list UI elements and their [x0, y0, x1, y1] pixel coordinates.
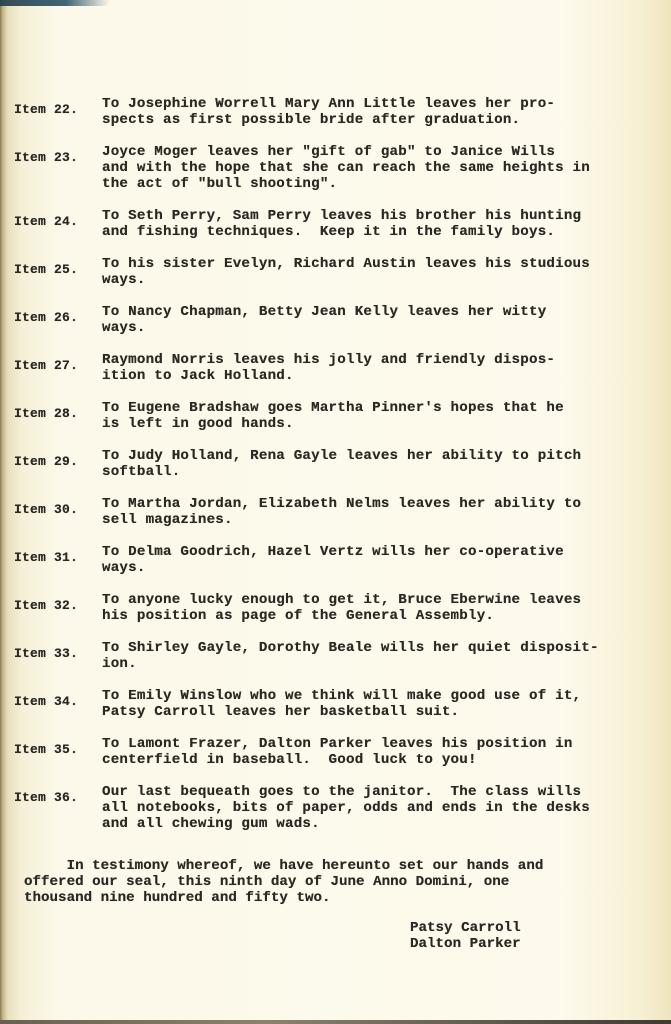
text-line: ways.: [102, 272, 652, 288]
text-line: and fishing techniques. Keep it in the f…: [102, 224, 652, 240]
item-text: To Nancy Chapman, Betty Jean Kelly leave…: [102, 304, 652, 336]
bequest-item: Item 34.To Emily Winslow who we think wi…: [0, 688, 671, 720]
item-text: Our last bequeath goes to the janitor. T…: [102, 784, 652, 832]
bequest-item: Item 36.Our last bequeath goes to the ja…: [0, 784, 671, 832]
item-text: Raymond Norris leaves his jolly and frie…: [102, 352, 652, 384]
text-line: Raymond Norris leaves his jolly and frie…: [102, 352, 652, 368]
text-line: To Lamont Frazer, Dalton Parker leaves h…: [102, 736, 652, 752]
item-number-label: Item 22.: [14, 102, 78, 118]
item-text: To Emily Winslow who we think will make …: [102, 688, 652, 720]
item-text: To his sister Evelyn, Richard Austin lea…: [102, 256, 652, 288]
closing-line: thousand nine hundred and fifty two.: [24, 890, 543, 906]
text-line: is left in good hands.: [102, 416, 652, 432]
item-text: To Seth Perry, Sam Perry leaves his brot…: [102, 208, 652, 240]
text-line: Patsy Carroll leaves her basketball suit…: [102, 704, 652, 720]
text-line: To Eugene Bradshaw goes Martha Pinner's …: [102, 400, 652, 416]
text-line: his position as page of the General Asse…: [102, 608, 652, 624]
item-text: To Martha Jordan, Elizabeth Nelms leaves…: [102, 496, 652, 528]
closing-line: In testimony whereof, we have hereunto s…: [24, 858, 543, 874]
item-text: To Delma Goodrich, Hazel Vertz wills her…: [102, 544, 652, 576]
item-number-label: Item 25.: [14, 262, 78, 278]
item-number-label: Item 30.: [14, 502, 78, 518]
text-line: Joyce Moger leaves her "gift of gab" to …: [102, 144, 652, 160]
bequest-item: Item 24.To Seth Perry, Sam Perry leaves …: [0, 208, 671, 240]
bequest-item: Item 23.Joyce Moger leaves her "gift of …: [0, 144, 671, 192]
text-line: To Delma Goodrich, Hazel Vertz wills her…: [102, 544, 652, 560]
item-number-label: Item 28.: [14, 406, 78, 422]
item-text: To Lamont Frazer, Dalton Parker leaves h…: [102, 736, 652, 768]
item-text: To Judy Holland, Rena Gayle leaves her a…: [102, 448, 652, 480]
item-number-label: Item 23.: [14, 150, 78, 166]
bequest-item: Item 31.To Delma Goodrich, Hazel Vertz w…: [0, 544, 671, 576]
text-line: To Josephine Worrell Mary Ann Little lea…: [102, 96, 652, 112]
text-line: To Emily Winslow who we think will make …: [102, 688, 652, 704]
text-line: softball.: [102, 464, 652, 480]
item-number-label: Item 33.: [14, 646, 78, 662]
signature-name: Dalton Parker: [410, 936, 521, 952]
text-line: ways.: [102, 320, 652, 336]
signature-block: Patsy Carroll Dalton Parker: [410, 920, 521, 952]
item-number-label: Item 36.: [14, 790, 78, 806]
text-line: all notebooks, bits of paper, odds and e…: [102, 800, 652, 816]
item-text: To Shirley Gayle, Dorothy Beale wills he…: [102, 640, 652, 672]
text-line: To his sister Evelyn, Richard Austin lea…: [102, 256, 652, 272]
item-number-label: Item 31.: [14, 550, 78, 566]
text-line: sell magazines.: [102, 512, 652, 528]
text-line: spects as first possible bride after gra…: [102, 112, 652, 128]
bequest-item: Item 29.To Judy Holland, Rena Gayle leav…: [0, 448, 671, 480]
bequest-items-list: Item 22.To Josephine Worrell Mary Ann Li…: [0, 96, 671, 848]
item-number-label: Item 24.: [14, 214, 78, 230]
text-line: and all chewing gum wads.: [102, 816, 652, 832]
closing-line: offered our seal, this ninth day of June…: [24, 874, 543, 890]
text-line: the act of "bull shooting".: [102, 176, 652, 192]
item-number-label: Item 32.: [14, 598, 78, 614]
signature-name: Patsy Carroll: [410, 920, 521, 936]
bequest-item: Item 35.To Lamont Frazer, Dalton Parker …: [0, 736, 671, 768]
bequest-item: Item 25.To his sister Evelyn, Richard Au…: [0, 256, 671, 288]
bequest-item: Item 27.Raymond Norris leaves his jolly …: [0, 352, 671, 384]
page-bottom-edge: [0, 1020, 671, 1024]
item-number-label: Item 27.: [14, 358, 78, 374]
text-line: centerfield in baseball. Good luck to yo…: [102, 752, 652, 768]
item-text: To Josephine Worrell Mary Ann Little lea…: [102, 96, 652, 128]
item-number-label: Item 26.: [14, 310, 78, 326]
text-line: ion.: [102, 656, 652, 672]
text-line: To Shirley Gayle, Dorothy Beale wills he…: [102, 640, 652, 656]
text-line: To anyone lucky enough to get it, Bruce …: [102, 592, 652, 608]
text-line: To Nancy Chapman, Betty Jean Kelly leave…: [102, 304, 652, 320]
page-edge-shadow: [0, 0, 110, 6]
text-line: ways.: [102, 560, 652, 576]
bequest-item: Item 30.To Martha Jordan, Elizabeth Nelm…: [0, 496, 671, 528]
typed-page: Item 22.To Josephine Worrell Mary Ann Li…: [0, 0, 671, 1024]
bequest-item: Item 26.To Nancy Chapman, Betty Jean Kel…: [0, 304, 671, 336]
bequest-item: Item 32.To anyone lucky enough to get it…: [0, 592, 671, 624]
item-text: To Eugene Bradshaw goes Martha Pinner's …: [102, 400, 652, 432]
item-number-label: Item 35.: [14, 742, 78, 758]
item-text: To anyone lucky enough to get it, Bruce …: [102, 592, 652, 624]
bequest-item: Item 33.To Shirley Gayle, Dorothy Beale …: [0, 640, 671, 672]
text-line: To Seth Perry, Sam Perry leaves his brot…: [102, 208, 652, 224]
bequest-item: Item 22.To Josephine Worrell Mary Ann Li…: [0, 96, 671, 128]
bequest-item: Item 28.To Eugene Bradshaw goes Martha P…: [0, 400, 671, 432]
text-line: Our last bequeath goes to the janitor. T…: [102, 784, 652, 800]
closing-paragraph: In testimony whereof, we have hereunto s…: [24, 858, 543, 906]
text-line: and with the hope that she can reach the…: [102, 160, 652, 176]
text-line: ition to Jack Holland.: [102, 368, 652, 384]
item-number-label: Item 34.: [14, 694, 78, 710]
item-number-label: Item 29.: [14, 454, 78, 470]
text-line: To Martha Jordan, Elizabeth Nelms leaves…: [102, 496, 652, 512]
text-line: To Judy Holland, Rena Gayle leaves her a…: [102, 448, 652, 464]
item-text: Joyce Moger leaves her "gift of gab" to …: [102, 144, 652, 192]
